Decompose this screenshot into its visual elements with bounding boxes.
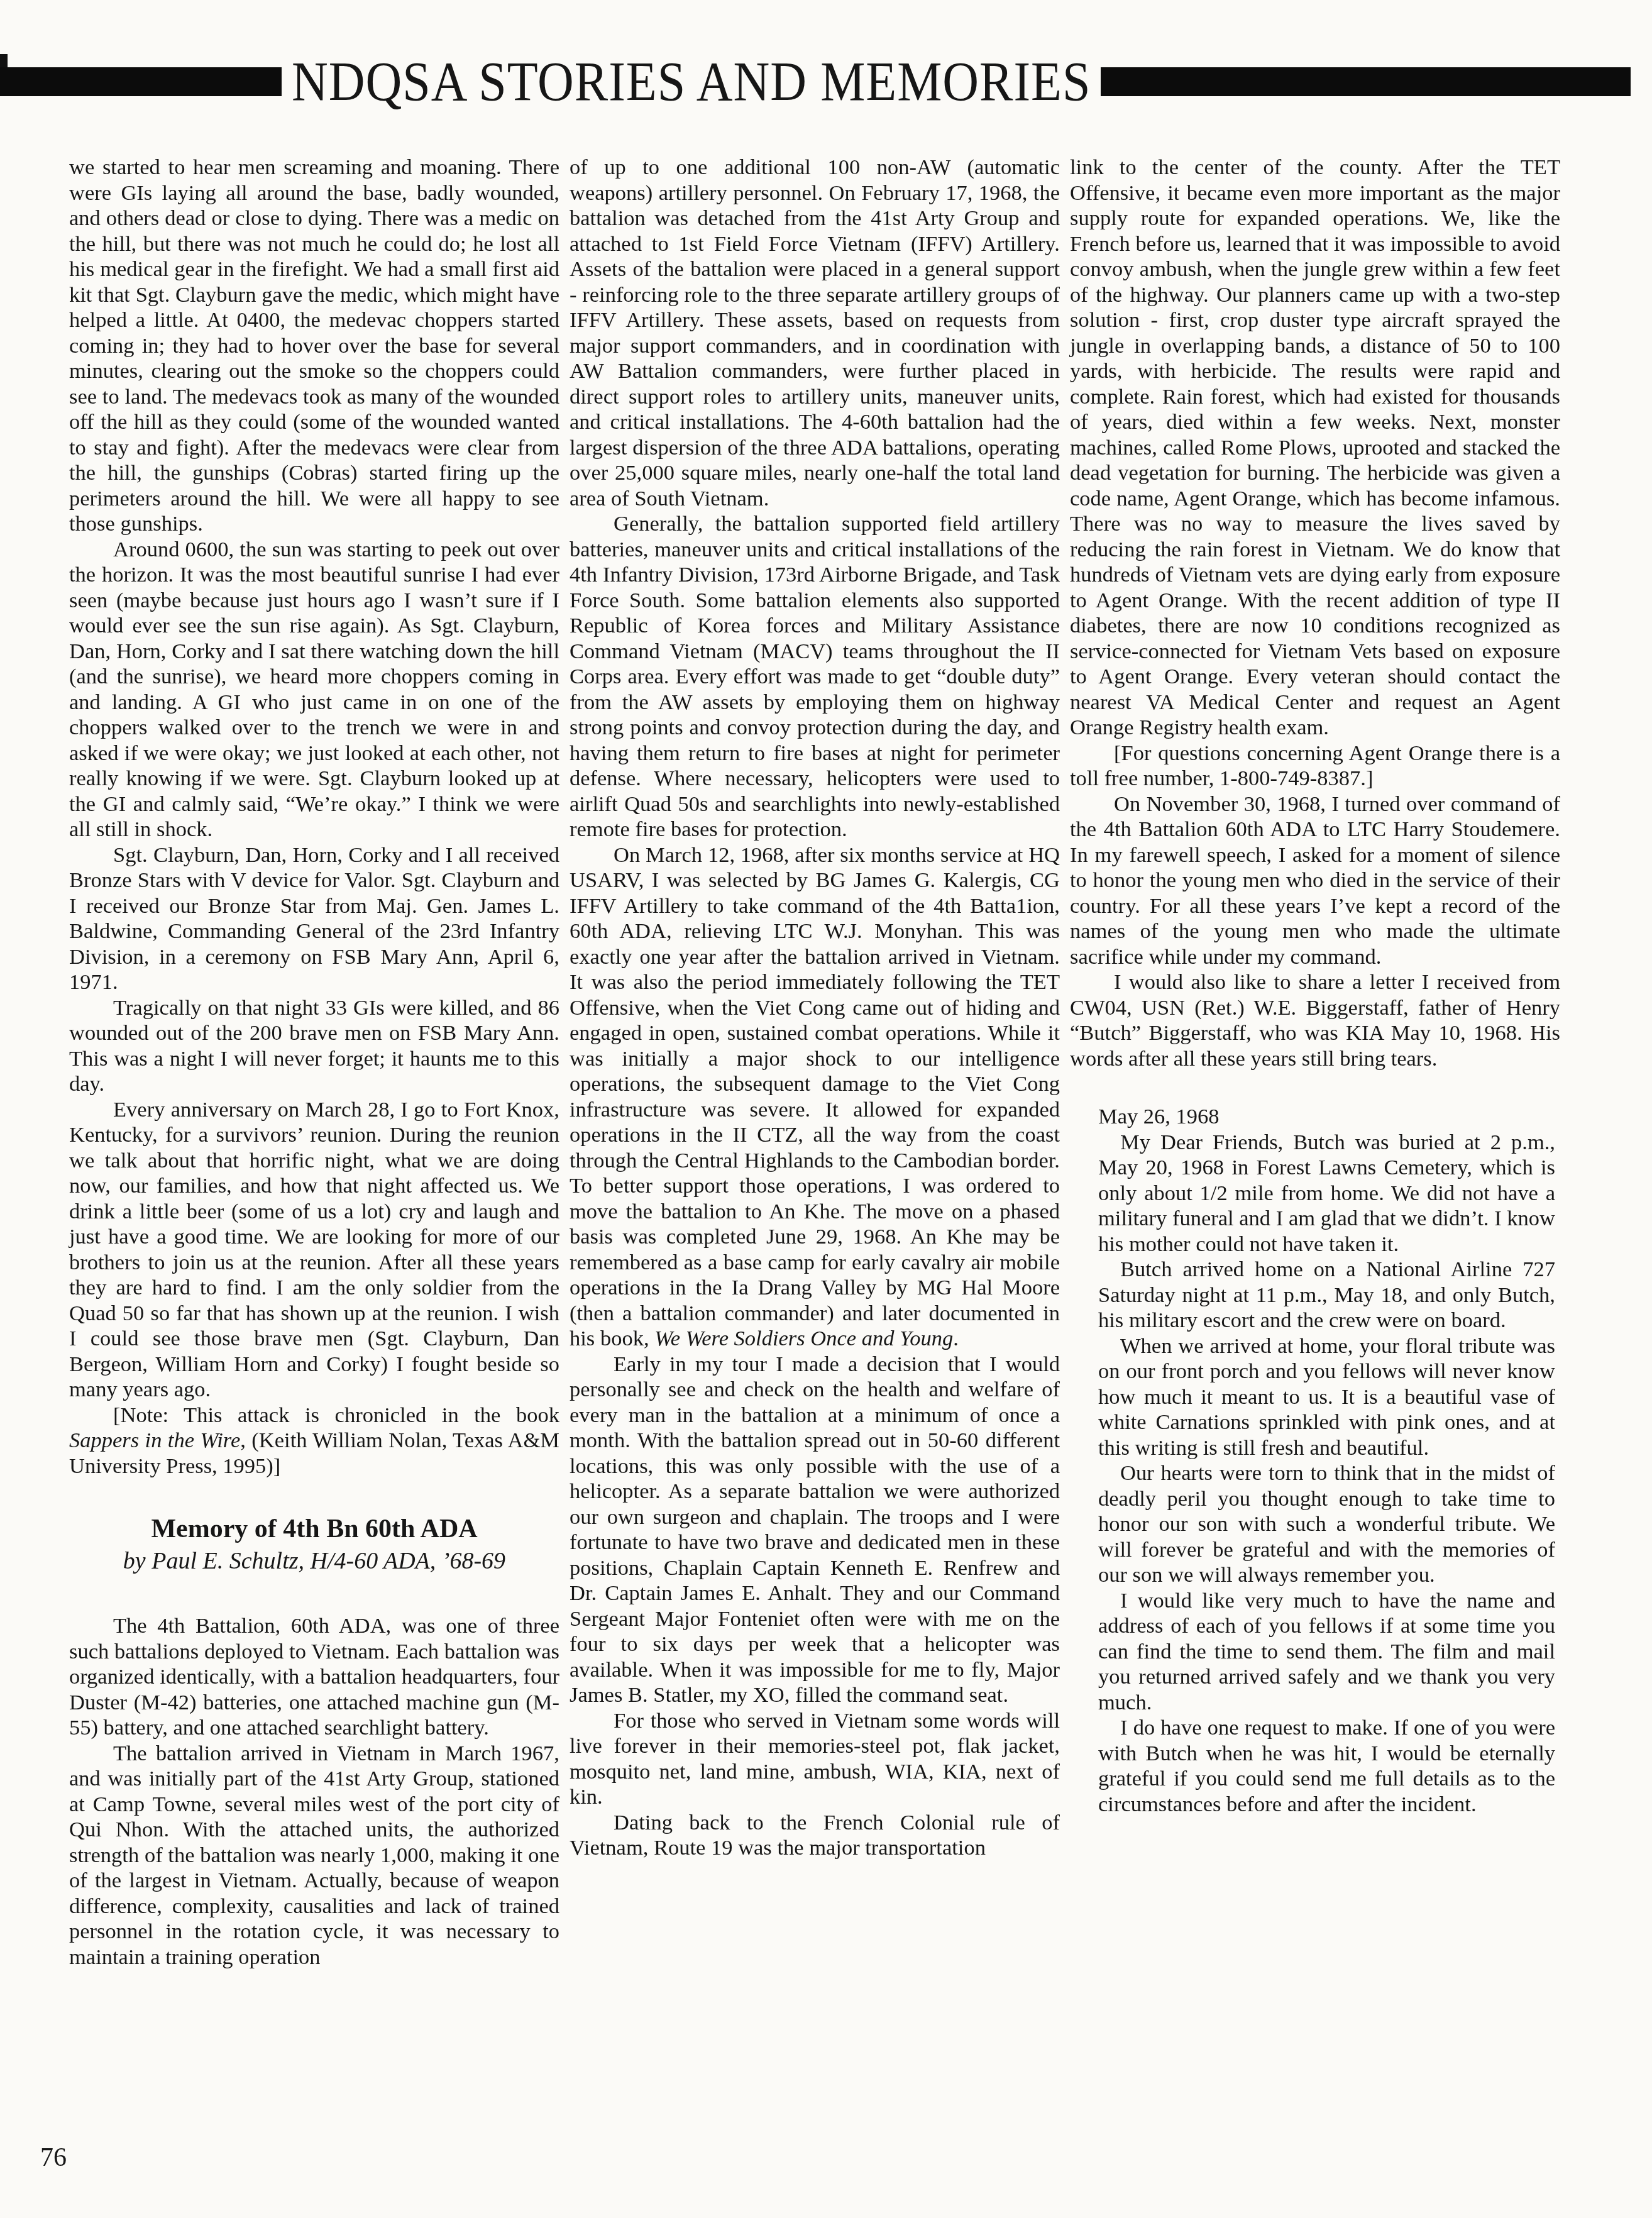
note-paragraph: [For questions concerning Agent Orange t… <box>1070 741 1560 792</box>
paragraph: On November 30, 1968, I turned over comm… <box>1070 792 1560 970</box>
note-paragraph: [Note: This attack is chronicled in the … <box>69 1403 559 1479</box>
column-1: we started to hear men screaming and moa… <box>69 155 559 1970</box>
letter-paragraph: My Dear Friends, Butch was buried at 2 p… <box>1098 1130 1555 1257</box>
article-columns: we started to hear men screaming and moa… <box>69 155 1560 1970</box>
book-title: Sappers in the Wire <box>69 1428 240 1452</box>
header-rule-right <box>1101 67 1631 96</box>
paragraph: we started to hear men screaming and moa… <box>69 155 559 537</box>
page-title: NDQSA STORIES AND MEMORIES <box>292 50 1091 113</box>
paragraph: On March 12, 1968, after six months serv… <box>570 842 1060 1352</box>
paragraph: link to the center of the county. After … <box>1070 155 1560 741</box>
letter-date: May 26, 1968 <box>1098 1104 1555 1130</box>
section-byline: by Paul E. Schultz, H/4-60 ADA, ’68-69 <box>69 1547 559 1575</box>
paragraph: Around 0600, the sun was starting to pee… <box>69 537 559 842</box>
page-header: NDQSA STORIES AND MEMORIES <box>0 58 1652 106</box>
paragraph: Generally, the battalion supported field… <box>570 511 1060 842</box>
paragraph: Early in my tour I made a decision that … <box>570 1352 1060 1708</box>
page-number: 76 <box>40 2143 67 2173</box>
column-2: of up to one additional 100 non-AW (auto… <box>570 155 1060 1970</box>
paragraph: Sgt. Clayburn, Dan, Horn, Corky and I al… <box>69 842 559 995</box>
letter-block: May 26, 1968 My Dear Friends, Butch was … <box>1098 1104 1555 1817</box>
book-title: We Were Soldiers Once and Young <box>654 1327 953 1350</box>
paragraph-text: On March 12, 1968, after six months serv… <box>570 843 1060 1351</box>
paragraph: of up to one additional 100 non-AW (auto… <box>570 155 1060 511</box>
paragraph: The battalion arrived in Vietnam in Marc… <box>69 1741 559 1970</box>
paragraph: For those who served in Vietnam some wor… <box>570 1708 1060 1810</box>
paragraph: Tragically on that night 33 GIs were kil… <box>69 995 559 1097</box>
paragraph: Every anniversary on March 28, I go to F… <box>69 1097 559 1403</box>
letter-paragraph: Butch arrived home on a National Airline… <box>1098 1257 1555 1333</box>
paragraph-text: . <box>953 1327 959 1350</box>
section-heading: Memory of 4th Bn 60th ADA <box>69 1514 559 1544</box>
letter-paragraph: Our hearts were torn to think that in th… <box>1098 1460 1555 1588</box>
letter-paragraph: When we arrived at home, your floral tri… <box>1098 1333 1555 1461</box>
column-3: link to the center of the county. After … <box>1070 155 1560 1970</box>
letter-paragraph: I do have one request to make. If one of… <box>1098 1715 1555 1817</box>
paragraph: I would also like to share a letter I re… <box>1070 969 1560 1071</box>
paragraph: Dating back to the French Colonial rule … <box>570 1810 1060 1861</box>
letter-paragraph: I would like very much to have the name … <box>1098 1588 1555 1716</box>
note-text: [Note: This attack is chronicled in the … <box>113 1403 559 1427</box>
header-rule-left <box>0 67 282 96</box>
paragraph: The 4th Battalion, 60th ADA, was one of … <box>69 1613 559 1741</box>
